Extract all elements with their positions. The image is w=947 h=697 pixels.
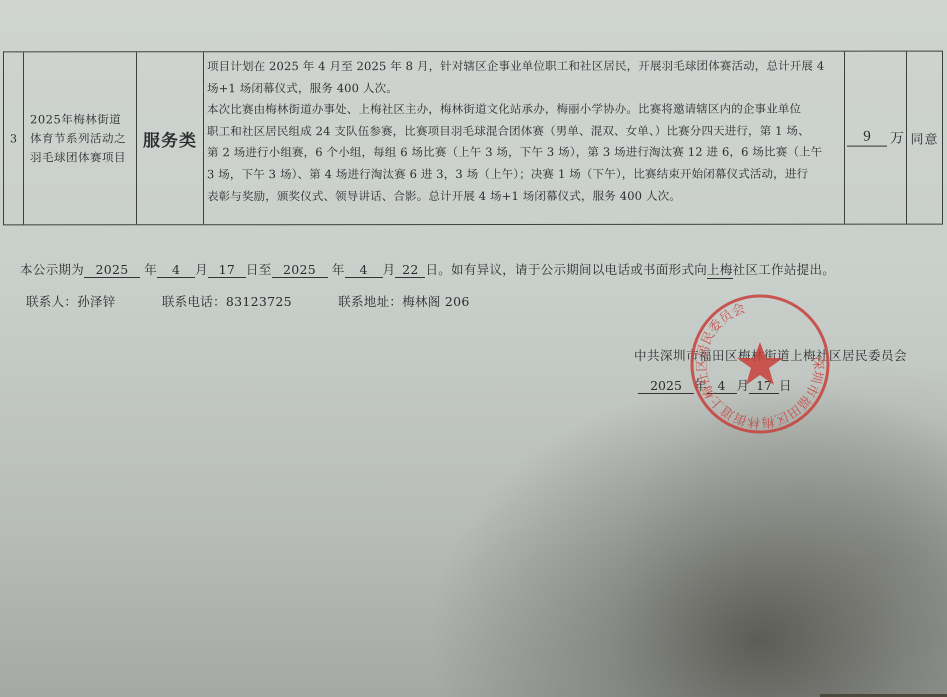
end-year: 2025 [272,262,328,278]
description-line: 第 2 场进行小组赛，6 个小组，每组 6 场比赛（上午 3 场，下午 3 场）… [207,142,840,164]
project-category: 服务类 [137,52,204,224]
office-rest: 社区工作站提出。 [733,262,835,277]
row-number: 3 [4,52,24,224]
month-label: 月 [195,262,208,277]
month-label: 月 [383,262,396,277]
project-name: 2025年梅林街道体育节系列活动之羽毛球团体赛项目 [24,52,137,224]
funding-amount: 9 万 [845,52,907,224]
year-label: 年 [144,262,157,277]
description-line: 场+1 场闭幕仪式，服务 400 人次。 [207,77,840,99]
description-line: 本次比赛由梅林街道办事处、上梅社区主办，梅林街道文化站承办，梅丽小学协办。比赛将… [207,99,840,121]
contact-phone: 联系电话：83123725 [162,294,292,309]
official-seal-icon: 深圳市福田区梅林街道上梅社区居民委员会 [688,292,832,436]
sign-year: 2025 [638,378,694,394]
start-year: 2025 [84,262,140,278]
end-day: 22 [395,262,425,278]
contact-info: 联系人：孙泽锌 联系电话：83123725 联系地址：梅林阁 206 [26,292,512,310]
year-label: 年 [332,262,345,277]
start-month: 4 [157,262,195,278]
day-to-label: 日至 [246,262,272,277]
start-day: 17 [208,262,246,278]
project-table: 3 2025年梅林街道体育节系列活动之羽毛球团体赛项目 服务类 项目计划在 20… [3,51,943,226]
notice-prefix: 本公示期为 [20,262,84,277]
amount-unit: 万 [890,128,904,148]
project-description: 项目计划在 2025 年 4 月至 2025 年 8 月，针对辖区企事业单位职工… [204,52,845,225]
description-line: 项目计划在 2025 年 4 月至 2025 年 8 月，针对辖区企事业单位职工… [207,56,840,78]
review-opinion: 同意 [907,52,942,224]
publicity-period-notice: 本公示期为2025 年4月17日至2025 年4月22日。如有异议，请于公示期间… [20,260,835,279]
contact-person: 联系人：孙泽锌 [26,294,116,309]
description-line: 职工和社区居民组成 24 支队伍参赛，比赛项目羽毛球混合团体赛（男单、混双、女单… [207,120,840,142]
amount-value: 9 [847,129,887,147]
description-line: 3 场，下午 3 场）、第 4 场进行淘汰赛 6 进 3，3 场（上午）；决赛 … [207,164,840,186]
end-month: 4 [345,262,383,278]
notice-suffix: 日。如有异议，请于公示期间以电话或书面形式向 [425,262,707,277]
description-line: 表彰与奖励，颁奖仪式、领导讲话、合影。总计开展 4 场+1 场闭幕仪式，服务 4… [207,185,840,207]
contact-address: 联系地址：梅林阁 206 [338,294,469,309]
office-name-underlined: 上梅 [707,260,733,279]
